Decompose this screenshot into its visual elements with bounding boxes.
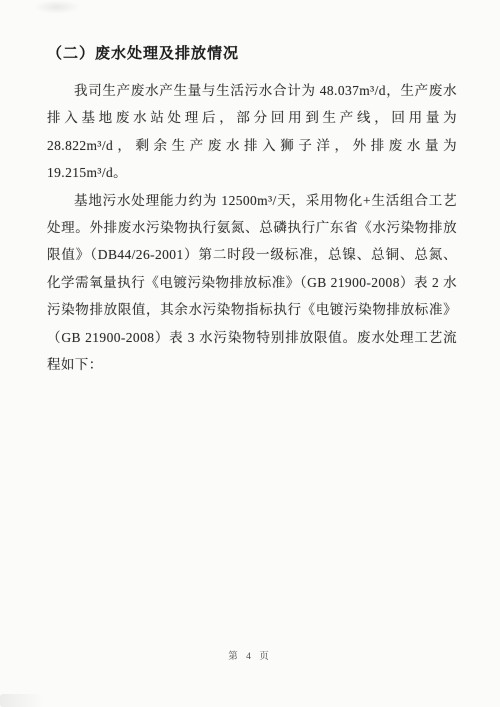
paragraph-wastewater-volumes: 我司生产废水产生量与生活污水合计为 48.037m³/d，生产废水排入基地废水站… bbox=[47, 77, 457, 187]
scanned-document-page: （二）废水处理及排放情况 我司生产废水产生量与生活污水合计为 48.037m³/… bbox=[0, 0, 500, 707]
section-heading: （二）废水处理及排放情况 bbox=[47, 42, 457, 63]
document-body: （二）废水处理及排放情况 我司生产废水产生量与生活污水合计为 48.037m³/… bbox=[47, 42, 457, 378]
paragraph-treatment-standards: 基地污水处理能力约为 12500m³/天，采用物化+生活组合工艺处理。外排废水污… bbox=[47, 187, 457, 379]
page-number-footer: 第 4 页 bbox=[0, 648, 500, 662]
scan-smudge-bottom-artifact bbox=[0, 694, 44, 707]
scan-smudge-top-artifact bbox=[34, 0, 80, 14]
